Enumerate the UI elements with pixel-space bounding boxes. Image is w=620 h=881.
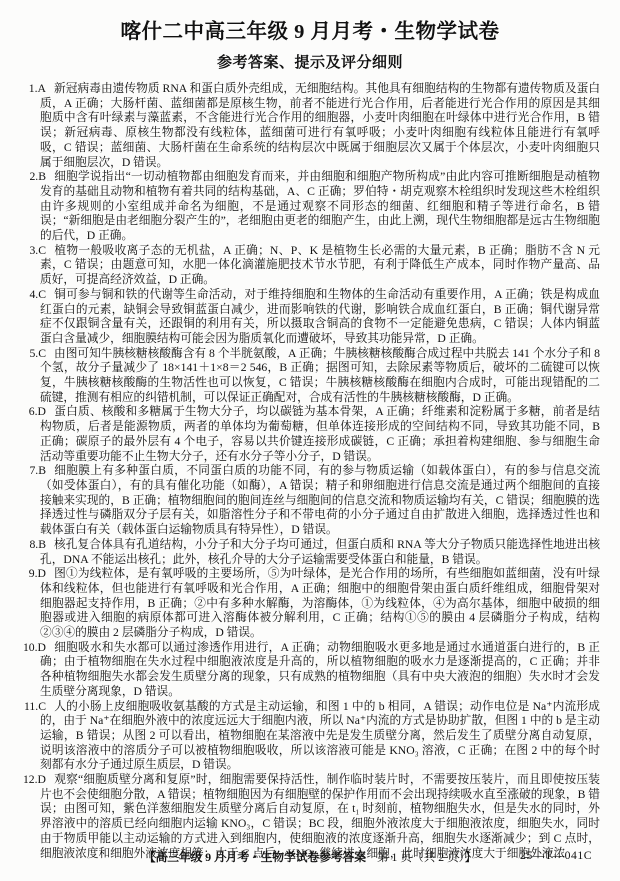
answer-item: 4.C铜可参与铜和铁的代谢等生命活动，对于维持细胞和生物体的生命活动有重要作用，… (20, 288, 600, 347)
answer-item-number: 5.C (20, 347, 46, 362)
footer-paper-code: 25—T—041C (520, 849, 592, 862)
footer-exam-title: 【高三年级 9 月月考・生物学试卷参考答案 (144, 851, 366, 864)
answer-item: 2.B细胞学说指出“一切动植物都由细胞发育而来，并由细胞和细胞产物所构成”由此内… (20, 170, 600, 244)
answer-item-number: 3.C (20, 244, 46, 259)
page-subtitle: 参考答案、提示及评分细则 (20, 51, 600, 72)
answer-item: 3.C植物一般吸收离子态的无机盐，A 正确；N、P、K 是植物生长必需的大量元素… (20, 244, 600, 288)
answer-item-number: 11.C (20, 700, 46, 715)
answer-item-number: 6.D (20, 405, 46, 420)
answer-item-explanation: 核孔复合体具有孔道结构，小分子和大分子均可通过，但蛋白质和 RNA 等大分子物质… (40, 538, 600, 566)
answer-item-explanation: 由图可知牛胰核糖核酸酶含有 8 个半胱氨酸，A 正确；牛胰核糖核酸酶合成过程中共… (40, 347, 600, 404)
footer-page-number: 第 1 页（共 2 页）】 (377, 851, 476, 864)
answer-item-explanation: 人的小肠上皮细胞吸收氨基酸的方式是主动运输，和图 1 中的 b 相同，A 错误；… (40, 700, 600, 772)
answer-item-explanation: 植物一般吸收离子态的无机盐，A 正确；N、P、K 是植物生长必需的大量元素，B … (40, 244, 600, 286)
answer-item-explanation: 蛋白质、核酸和多糖属于生物大分子，均以碳链为基本骨架，A 正确；纤维素和淀粉属于… (40, 405, 600, 462)
answer-item-explanation: 细胞吸水和失水都可以通过渗透作用进行，A 正确；动物细胞吸水更多地是通过水通道蛋… (40, 641, 600, 698)
answer-item-explanation: 铜可参与铜和铁的代谢等生命活动，对于维持细胞和生物体的生命活动有重要作用，A 正… (40, 288, 600, 345)
answer-item-number: 9.D (20, 567, 46, 582)
answer-item-number: 8.B (20, 538, 46, 553)
answer-item: 11.C人的小肠上皮细胞吸收氨基酸的方式是主动运输，和图 1 中的 b 相同，A… (20, 700, 600, 774)
exam-answer-sheet-page: 喀什二中高三年级 9 月月考・生物学试卷 参考答案、提示及评分细则 1.A新冠病… (0, 0, 620, 881)
answer-item-number: 12.D (20, 773, 46, 788)
answer-item: 7.B细胞膜上有多种蛋白质，不同蛋白质的功能不同，有的参与物质运输（如载体蛋白）… (20, 464, 600, 538)
answer-list: 1.A新冠病毒由遗传物质 RNA 和蛋白质外壳组成，无细胞结构。其他具有细胞结构… (20, 82, 600, 861)
answer-item-explanation: 新冠病毒由遗传物质 RNA 和蛋白质外壳组成，无细胞结构。其他具有细胞结构的生物… (40, 82, 600, 169)
answer-item-number: 10.D (20, 641, 46, 656)
answer-item-number: 2.B (20, 170, 46, 185)
answer-item: 8.B核孔复合体具有孔道结构，小分子和大分子均可通过，但蛋白质和 RNA 等大分… (20, 538, 600, 567)
answer-item-explanation: 观察“细胞质壁分离和复原”时，细胞需要保持活性，制作临时装片时，不需要按压装片，… (40, 773, 600, 860)
answer-item-number: 7.B (20, 464, 46, 479)
answer-item-explanation: 图①为线粒体，是有氧呼吸的主要场所，⑤为叶绿体，是光合作用的场所，有些细胞如蓝细… (40, 567, 600, 639)
answer-item-explanation: 细胞膜上有多种蛋白质，不同蛋白质的功能不同，有的参与物质运输（如载体蛋白），有的… (40, 464, 600, 536)
answer-item-number: 4.C (20, 288, 46, 303)
answer-item: 9.D图①为线粒体，是有氧呼吸的主要场所，⑤为叶绿体，是光合作用的场所，有些细胞… (20, 567, 600, 641)
page-footer: 【高三年级 9 月月考・生物学试卷参考答案 第 1 页（共 2 页）】 25—T… (0, 849, 620, 865)
answer-item-explanation: 细胞学说指出“一切动植物都由细胞发育而来，并由细胞和细胞产物所构成”由此内容可推… (40, 170, 600, 242)
page-title: 喀什二中高三年级 9 月月考・生物学试卷 (20, 14, 600, 44)
answer-item-number: 1.A (20, 82, 46, 97)
answer-item: 5.C由图可知牛胰核糖核酸酶含有 8 个半胱氨酸，A 正确；牛胰核糖核酸酶合成过… (20, 347, 600, 406)
answer-item: 1.A新冠病毒由遗传物质 RNA 和蛋白质外壳组成，无细胞结构。其他具有细胞结构… (20, 82, 600, 170)
answer-item: 10.D细胞吸水和失水都可以通过渗透作用进行，A 正确；动物细胞吸水更多地是通过… (20, 641, 600, 700)
answer-item: 6.D蛋白质、核酸和多糖属于生物大分子，均以碳链为基本骨架，A 正确；纤维素和淀… (20, 405, 600, 464)
